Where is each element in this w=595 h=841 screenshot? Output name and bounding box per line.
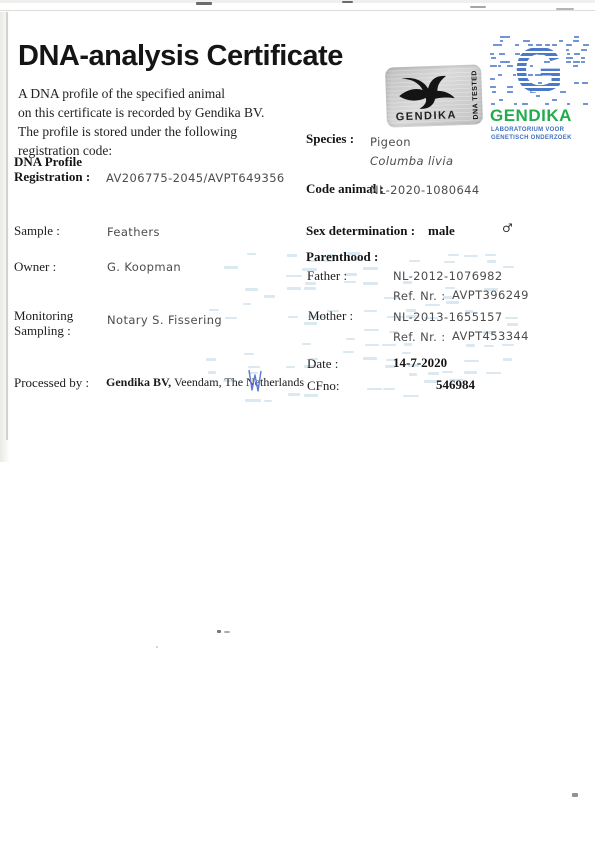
father-ref-label: Ref. Nr. :	[393, 289, 446, 303]
male-symbol-icon: ♂	[502, 221, 513, 235]
intro-text: A DNA profile of the specified animal on…	[18, 84, 308, 160]
gendika-logo: G GENDIKA LABORATORIUM VOOR GENETISCH ON…	[490, 34, 586, 134]
signature-icon	[246, 368, 264, 394]
father-label: Father :	[307, 268, 347, 284]
dna-registration-value: AV206775-2045/AVPT649356	[106, 171, 285, 185]
logo-g-icon: G	[514, 34, 564, 106]
scan-artifact	[0, 10, 595, 11]
mother-ref-value: AVPT453344	[452, 329, 529, 343]
mother-label: Mother :	[308, 308, 353, 324]
processed-by-location: Veendam, The Netherlands	[174, 375, 304, 389]
dna-registration-label-line1: DNA Profile	[14, 154, 82, 170]
date-label: Date :	[307, 356, 338, 372]
processed-by-company: Gendika BV,	[106, 375, 171, 389]
pigeon-icon	[393, 67, 461, 115]
scan-artifact	[0, 0, 595, 3]
page-title: DNA-analysis Certificate	[18, 40, 343, 73]
sample-label: Sample :	[14, 223, 60, 239]
scan-artifact	[156, 646, 158, 648]
scan-artifact	[224, 631, 230, 633]
hologram-sticker: GENDIKA DNA TESTED	[385, 64, 483, 127]
species-latin-value: Columba livia	[370, 154, 453, 168]
scan-artifact	[470, 6, 486, 8]
processed-by-label: Processed by :	[14, 375, 89, 391]
sex-determination-value: male	[428, 223, 455, 239]
dna-registration-label-line2: Registration :	[14, 169, 90, 185]
processed-by-value: Gendika BV, Veendam, The Netherlands	[106, 375, 304, 390]
hologram-brand: GENDIKA	[396, 109, 458, 123]
logo-brand: GENDIKA	[490, 106, 586, 126]
scan-artifact	[572, 793, 578, 797]
sample-value: Feathers	[107, 225, 160, 239]
cfno-value: 546984	[436, 377, 475, 393]
monitoring-label-line2: Sampling :	[14, 323, 71, 339]
monitoring-label-line1: Monitoring	[14, 308, 73, 324]
father-value: NL-2012-1076982	[393, 269, 503, 283]
certificate-page: DNA-analysis Certificate A DNA profile o…	[0, 0, 595, 841]
owner-label: Owner :	[14, 259, 56, 275]
date-value: 14-7-2020	[393, 355, 447, 371]
scan-artifact	[217, 630, 221, 633]
species-value: Pigeon	[370, 135, 411, 149]
scan-artifact	[342, 1, 353, 3]
parenthood-label: Parenthood :	[306, 249, 378, 265]
mother-ref-label: Ref. Nr. :	[393, 330, 446, 344]
mother-value: NL-2013-1655157	[393, 310, 503, 324]
sex-determination-label: Sex determination :	[306, 223, 415, 239]
species-label: Species :	[306, 131, 354, 147]
cfno-label: CFno:	[307, 378, 340, 394]
scan-artifact	[6, 12, 8, 440]
code-animal-value: NL-2020-1080644	[370, 183, 480, 197]
scan-artifact	[0, 12, 10, 462]
monitoring-value: Notary S. Fissering	[107, 313, 222, 327]
owner-value: G. Koopman	[107, 260, 181, 274]
scan-artifact	[196, 2, 212, 5]
father-ref-value: AVPT396249	[452, 288, 529, 302]
scan-artifact	[556, 8, 574, 10]
logo-subtitle: LABORATORIUM VOOR GENETISCH ONDERZOEK	[491, 127, 587, 142]
